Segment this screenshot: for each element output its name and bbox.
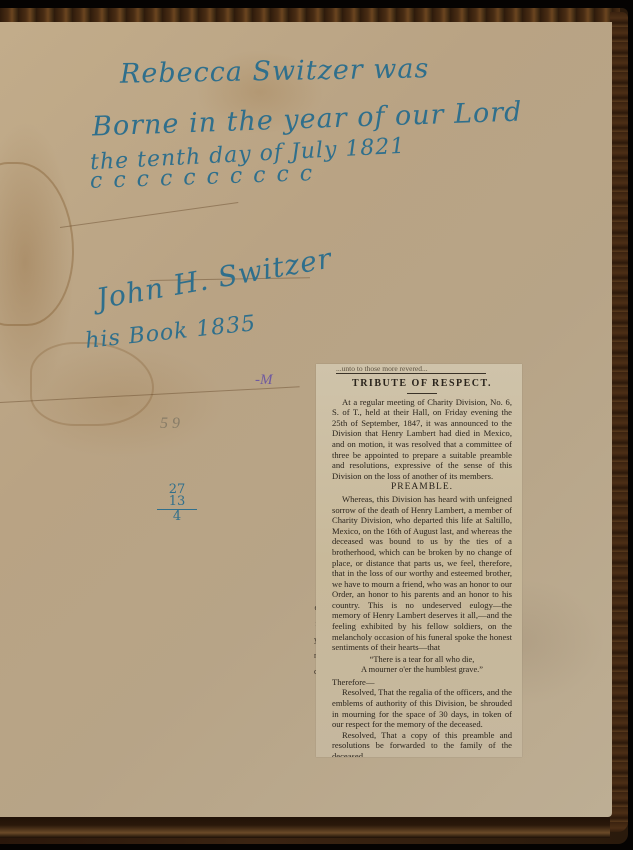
newspaper-clipping: ...unto to those more revered... TRIBUTE… — [316, 364, 522, 757]
handwriting-line-1: Rebecca Switzer was — [120, 53, 430, 89]
clipping-paragraph-2: Whereas, this Division has heard with un… — [332, 494, 512, 653]
verse-line-1: “There is a tear for all who die, — [332, 655, 512, 665]
pencil-note: 5 9 — [160, 415, 180, 433]
clipping-top-cut-line: ...unto to those more revered... — [336, 364, 486, 374]
headline-rule — [407, 393, 437, 394]
clipping-verse: “There is a tear for all who die, A mour… — [332, 655, 512, 675]
water-stain — [30, 342, 154, 426]
clipping-preamble-heading: PREAMBLE. — [332, 482, 512, 493]
paper-crease — [60, 202, 238, 228]
verse-line-2: A mourner o'er the humblest grave.” — [332, 665, 512, 675]
clipping-headline: TRIBUTE OF RESPECT. — [332, 379, 512, 390]
clipping-resolution-2: Resolved, That a copy of this preamble a… — [332, 730, 512, 757]
fraction-middle: 13 — [157, 496, 197, 508]
clipping-paragraph-1: At a regular meeting of Charity Division… — [332, 397, 512, 482]
cover-right-edge — [610, 12, 628, 832]
purple-ink-mark: -M — [255, 372, 273, 389]
clipping-resolution-1: Resolved, That the regalia of the office… — [332, 687, 512, 729]
water-stain — [0, 162, 74, 326]
clipping-therefore: Therefore— — [332, 677, 512, 688]
handwritten-fraction: 27 13 4 — [157, 484, 197, 523]
fraction-bottom: 4 — [157, 511, 197, 523]
